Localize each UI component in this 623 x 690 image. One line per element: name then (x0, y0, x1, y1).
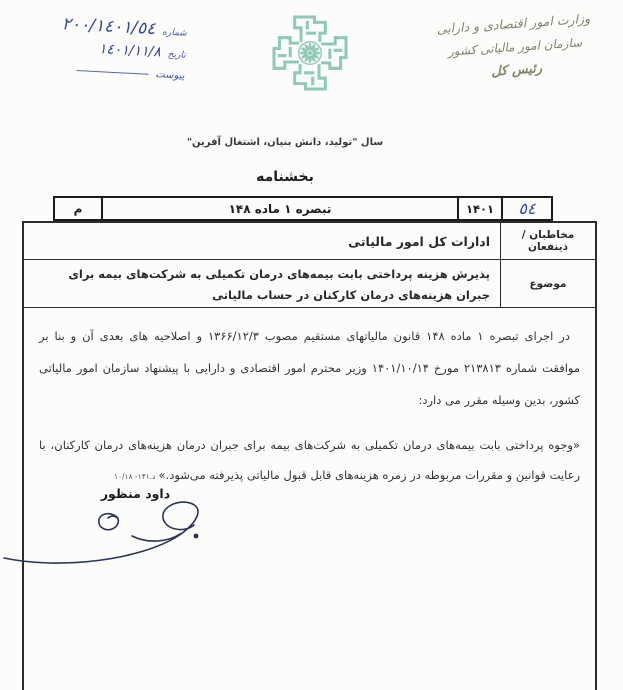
main-table: مخاطبان /ذینفعان ادارات کل امور مالیاتی … (22, 221, 597, 690)
audience-value: ادارات کل امور مالیاتی (24, 223, 500, 259)
number-label: شماره (162, 27, 187, 38)
signature-scribble (0, 492, 250, 572)
year-slogan: سال "تولید، دانش بنیان، اشتغال آفرین" (160, 137, 410, 148)
attachment-label: پیوست (155, 69, 185, 82)
letterhead: وزارت امور اقتصادی و دارایی سازمان امور … (413, 9, 617, 85)
margin-note: ۱۰/۱۸ -۱۴۱.د (114, 472, 156, 481)
subject-label: موضوع (500, 260, 595, 307)
serial-number-box: ٥٤ (501, 196, 553, 221)
letter-code-box: م (53, 196, 103, 221)
handwritten-header-block: شماره ٢٠٠/١٤٠١/٥٤ تاریخ ١٤٠١/١١/٨ پیوست (5, 11, 188, 81)
body-cell: در اجرای تبصره ۱ ماده ۱۴۸ قانون مالیاتها… (24, 308, 595, 492)
tax-organization-logo-icon (262, 8, 358, 98)
letterhead-title: رئیس کل (416, 56, 617, 85)
article-reference-box: تبصره ۱ ماده ۱۴۸ (101, 196, 459, 221)
document-type-title: بخشنامه (160, 169, 410, 185)
date-label: تاریخ (167, 50, 185, 61)
audience-label: مخاطبان /ذینفعان (500, 223, 595, 259)
subject-row: موضوع پذیرش هزینه پرداختی بابت بیمه‌های … (24, 260, 595, 308)
number-value: ٢٠٠/١٤٠١/٥٤ (61, 14, 156, 39)
letterhead-organization: سازمان امور مالیاتی کشور (415, 33, 615, 61)
date-value: ١٤٠١/١١/٨ (98, 41, 161, 60)
attachment-blank-line (77, 70, 149, 75)
circular-document: شماره ٢٠٠/١٤٠١/٥٤ تاریخ ١٤٠١/١١/٨ پیوست (0, 0, 623, 690)
audience-row: مخاطبان /ذینفعان ادارات کل امور مالیاتی (24, 223, 595, 260)
subject-value: پذیرش هزینه پرداختی بابت بیمه‌های درمان … (24, 260, 500, 307)
year-box: ۱۴۰۱ (457, 196, 503, 221)
body-paragraph-2: «وجوه پرداختی بابت بیمه‌های درمان تکمیلی… (39, 430, 580, 492)
body-paragraph-1: در اجرای تبصره ۱ ماده ۱۴۸ قانون مالیاتها… (39, 320, 580, 416)
letterhead-ministry: وزارت امور اقتصادی و دارایی (413, 9, 614, 38)
